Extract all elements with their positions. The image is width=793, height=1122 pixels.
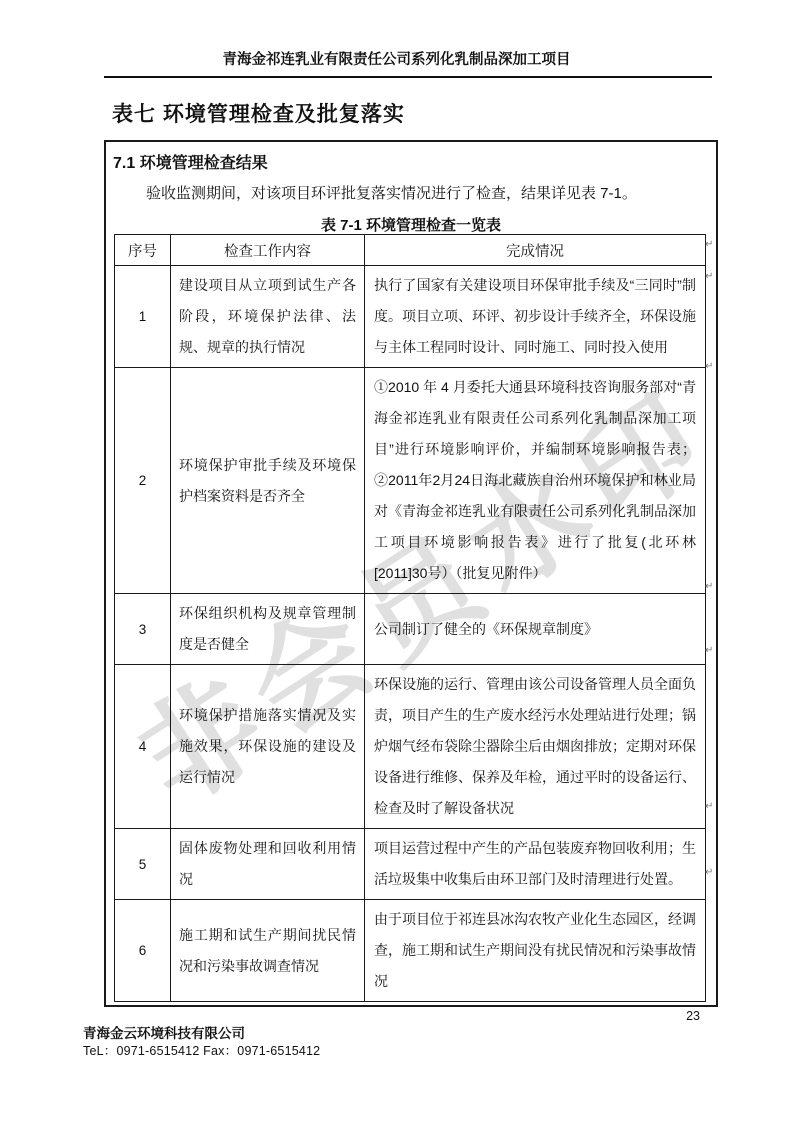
paragraph-return-mark: ↵ xyxy=(705,272,713,282)
row-content: 固体废物处理和回收利用情况 xyxy=(171,829,365,900)
table-row: 5 固体废物处理和回收利用情况 项目运营过程中产生的产品包装废弃物回收利用；生活… xyxy=(115,829,706,900)
inspection-table: 序号 检查工作内容 完成情况 1 建设项目从立项到试生产各阶段，环境保护法律、法… xyxy=(114,234,706,1002)
row-no: 4 xyxy=(115,665,171,829)
row-no: 2 xyxy=(115,368,171,594)
table-caption: 表 7-1 环境管理检查一览表 xyxy=(106,214,716,235)
column-header-no: 序号 xyxy=(115,235,171,266)
header-rule xyxy=(104,76,712,78)
table-header-row: 序号 检查工作内容 完成情况 xyxy=(115,235,706,266)
table-row: 6 施工期和试生产期间扰民情况和污染事故调查情况 由于项目位于祁连县冰沟农牧产业… xyxy=(115,900,706,1002)
row-content: 环境保护审批手续及环境保护档案资料是否齐全 xyxy=(171,368,365,594)
document-header-title: 青海金祁连乳业有限责任公司系列化乳制品深加工项目 xyxy=(0,48,793,69)
row-status: 环保设施的运行、管理由该公司设备管理人员全面负责，项目产生的生产废水经污水处理站… xyxy=(365,665,706,829)
intro-paragraph: 验收监测期间，对该项目环评批复落实情况进行了检查，结果详见表 7-1。 xyxy=(116,183,706,205)
document-page: 非会员水印 青海金祁连乳业有限责任公司系列化乳制品深加工项目 表七 环境管理检查… xyxy=(0,0,793,1122)
row-status: 项目运营过程中产生的产品包装废弃物回收利用；生活垃圾集中收集后由环卫部门及时清理… xyxy=(365,829,706,900)
table-row: 3 环保组织机构及规章管理制度是否健全 公司制订了健全的《环保规章制度》 xyxy=(115,594,706,665)
row-content: 建设项目从立项到试生产各阶段，环境保护法律、法规、规章的执行情况 xyxy=(171,266,365,368)
footer-company-name: 青海金云环境科技有限公司 xyxy=(83,1022,245,1042)
page-title: 表七 环境管理检查及批复落实 xyxy=(112,98,405,128)
row-status: 公司制订了健全的《环保规章制度》 xyxy=(365,594,706,665)
row-no: 5 xyxy=(115,829,171,900)
table-row: 1 建设项目从立项到试生产各阶段，环境保护法律、法规、规章的执行情况 执行了国家… xyxy=(115,266,706,368)
row-no: 1 xyxy=(115,266,171,368)
section-heading: 7.1 环境管理检查结果 xyxy=(113,150,716,173)
row-status: 执行了国家有关建设项目环保审批手续及“三同时”制度。项目立项、环评、初步设计手续… xyxy=(365,266,706,368)
paragraph-return-mark: ↵ xyxy=(705,646,713,656)
table-row: 4 环境保护措施落实情况及实施效果，环保设施的建设及运行情况 环保设施的运行、管… xyxy=(115,665,706,829)
paragraph-return-mark: ↵ xyxy=(705,868,713,878)
paragraph-return-mark: ↵ xyxy=(705,582,713,592)
row-status: 由于项目位于祁连县冰沟农牧产业化生态园区，经调查，施工期和试生产期间没有扰民情况… xyxy=(365,900,706,1002)
section-border-box: 7.1 环境管理检查结果 验收监测期间，对该项目环评批复落实情况进行了检查，结果… xyxy=(104,140,718,1007)
row-no: 6 xyxy=(115,900,171,1002)
row-content: 施工期和试生产期间扰民情况和污染事故调查情况 xyxy=(171,900,365,1002)
page-number: 23 xyxy=(0,1009,700,1023)
paragraph-return-mark: ↵ xyxy=(705,240,713,250)
footer-contact-line: TeL：0971-6515412 Fax：0971-6515412 xyxy=(83,1041,320,1059)
table-row: 2 环境保护审批手续及环境保护档案资料是否齐全 ①2010 年 4 月委托大通县… xyxy=(115,368,706,594)
column-header-status: 完成情况 xyxy=(365,235,706,266)
column-header-content: 检查工作内容 xyxy=(171,235,365,266)
paragraph-return-mark: ↵ xyxy=(705,362,713,372)
row-status: ①2010 年 4 月委托大通县环境科技咨询服务部对“青海金祁连乳业有限责任公司… xyxy=(365,368,706,594)
row-no: 3 xyxy=(115,594,171,665)
row-content: 环保组织机构及规章管理制度是否健全 xyxy=(171,594,365,665)
paragraph-return-mark: ↵ xyxy=(705,802,713,812)
row-content: 环境保护措施落实情况及实施效果，环保设施的建设及运行情况 xyxy=(171,665,365,829)
